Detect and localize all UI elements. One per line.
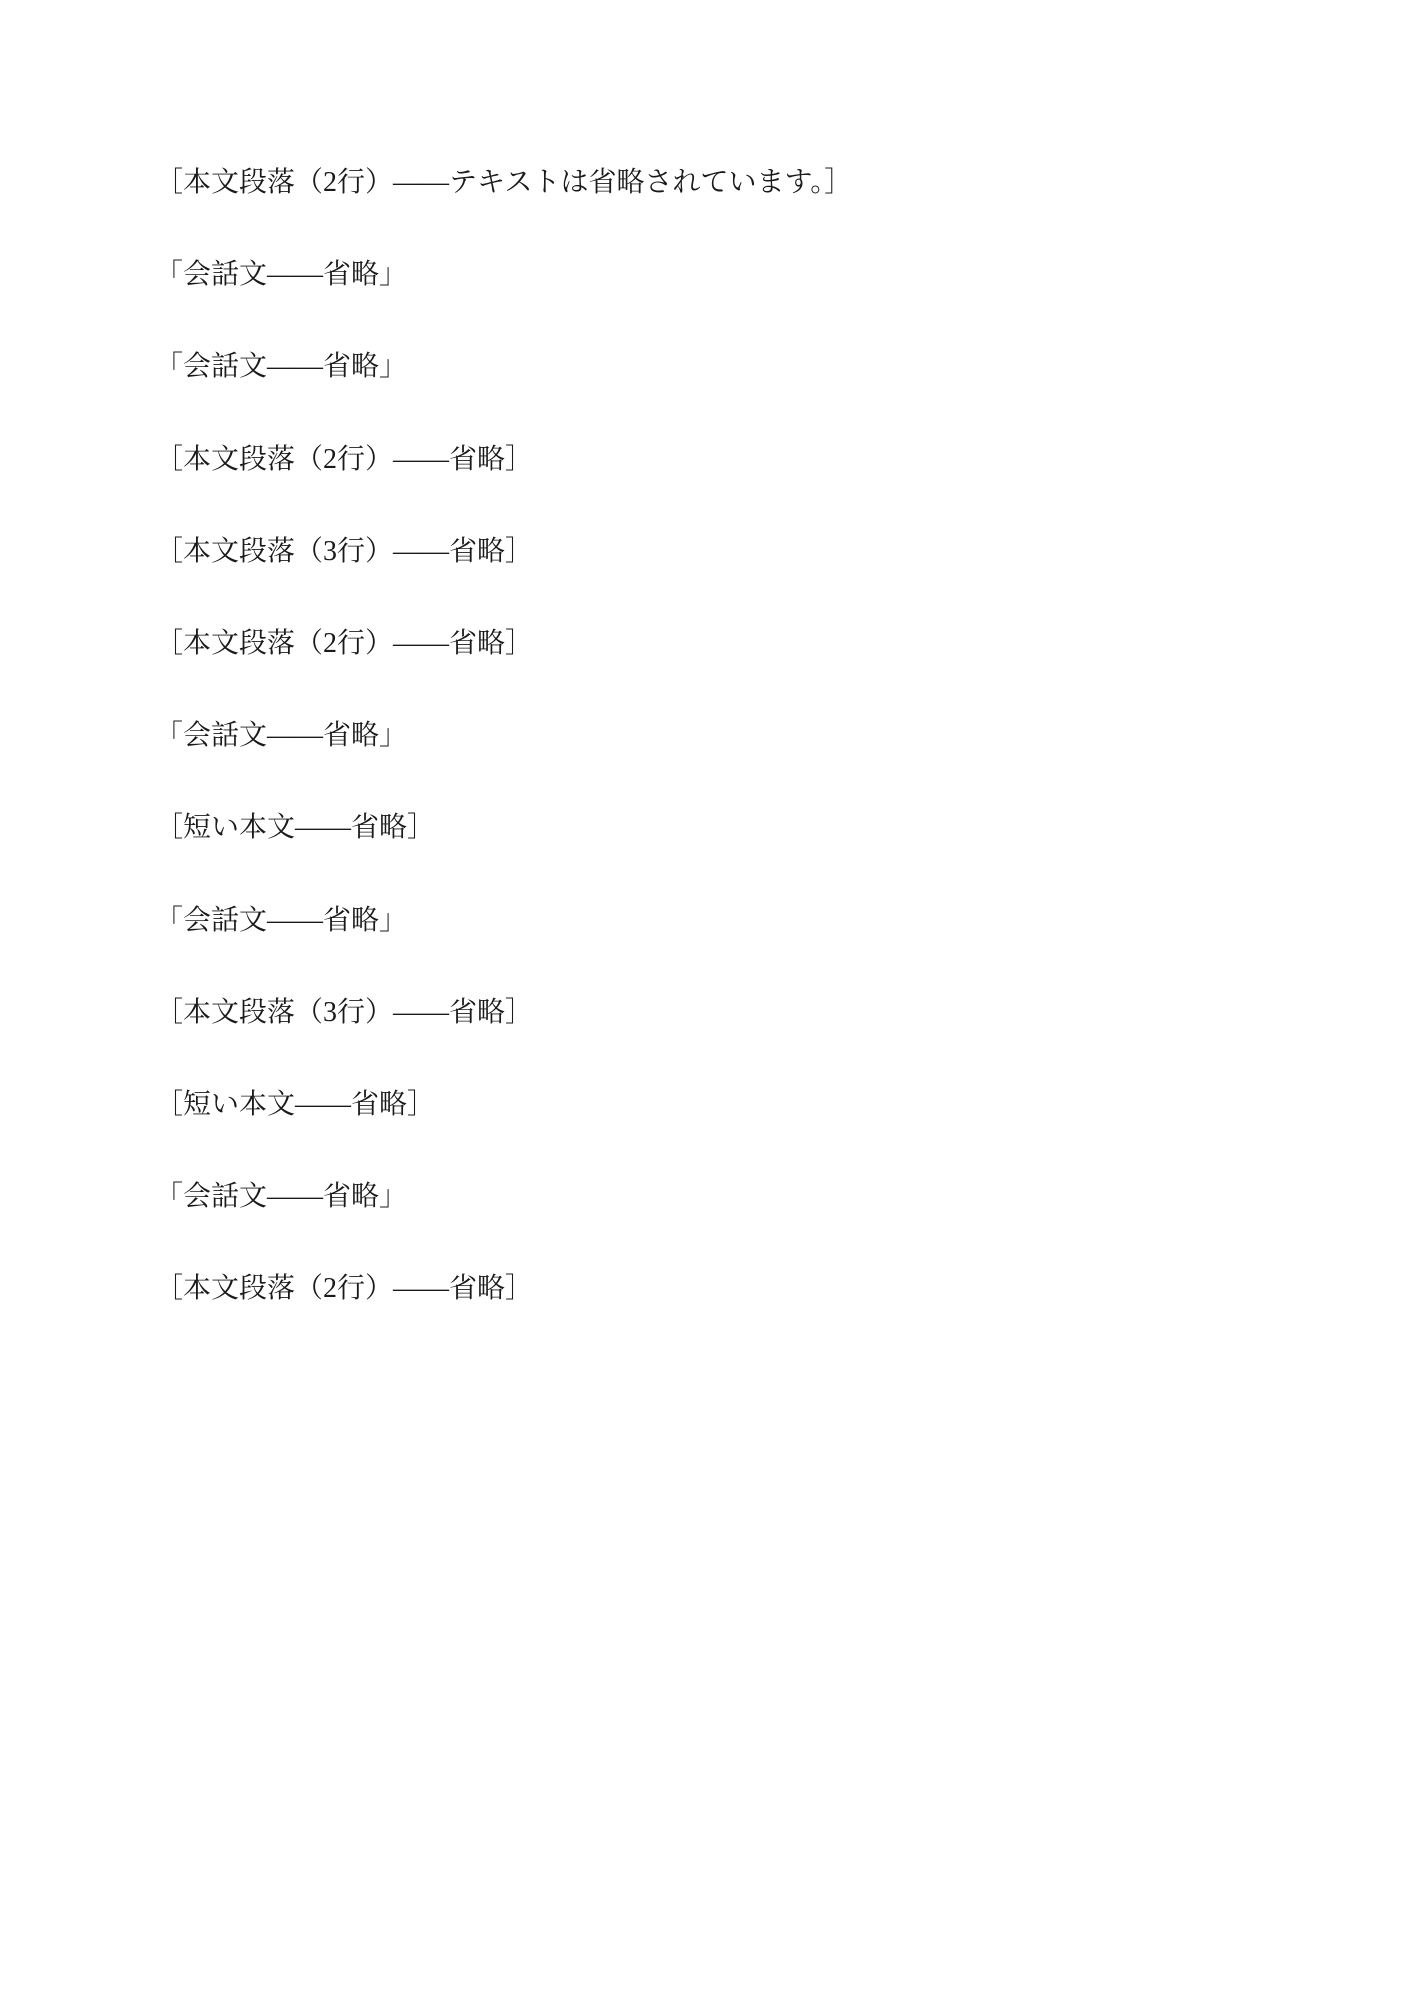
paragraph: ［本文段落（3行）――省略］	[155, 990, 1215, 1036]
paragraph: 「会話文――省略」	[155, 713, 1215, 759]
paragraph: ［本文段落（2行）――省略］	[155, 437, 1215, 483]
paragraph: 「会話文――省略」	[155, 898, 1215, 944]
paragraph: 「会話文――省略」	[155, 252, 1215, 298]
paragraph: 「会話文――省略」	[155, 344, 1215, 390]
paragraph: ［短い本文――省略］	[155, 1082, 1215, 1128]
paragraph: ［本文段落（2行）――省略］	[155, 1266, 1215, 1312]
document-page: ［本文段落（2行）――テキストは省略されています。］「会話文――省略」「会話文―…	[0, 0, 1415, 2000]
paragraph-container: ［本文段落（2行）――テキストは省略されています。］「会話文――省略」「会話文―…	[155, 160, 1215, 1312]
paragraph: 「会話文――省略」	[155, 1174, 1215, 1220]
paragraph: ［本文段落（2行）――省略］	[155, 621, 1215, 667]
paragraph: ［短い本文――省略］	[155, 805, 1215, 851]
paragraph: ［本文段落（3行）――省略］	[155, 529, 1215, 575]
paragraph: ［本文段落（2行）――テキストは省略されています。］	[155, 160, 1215, 206]
